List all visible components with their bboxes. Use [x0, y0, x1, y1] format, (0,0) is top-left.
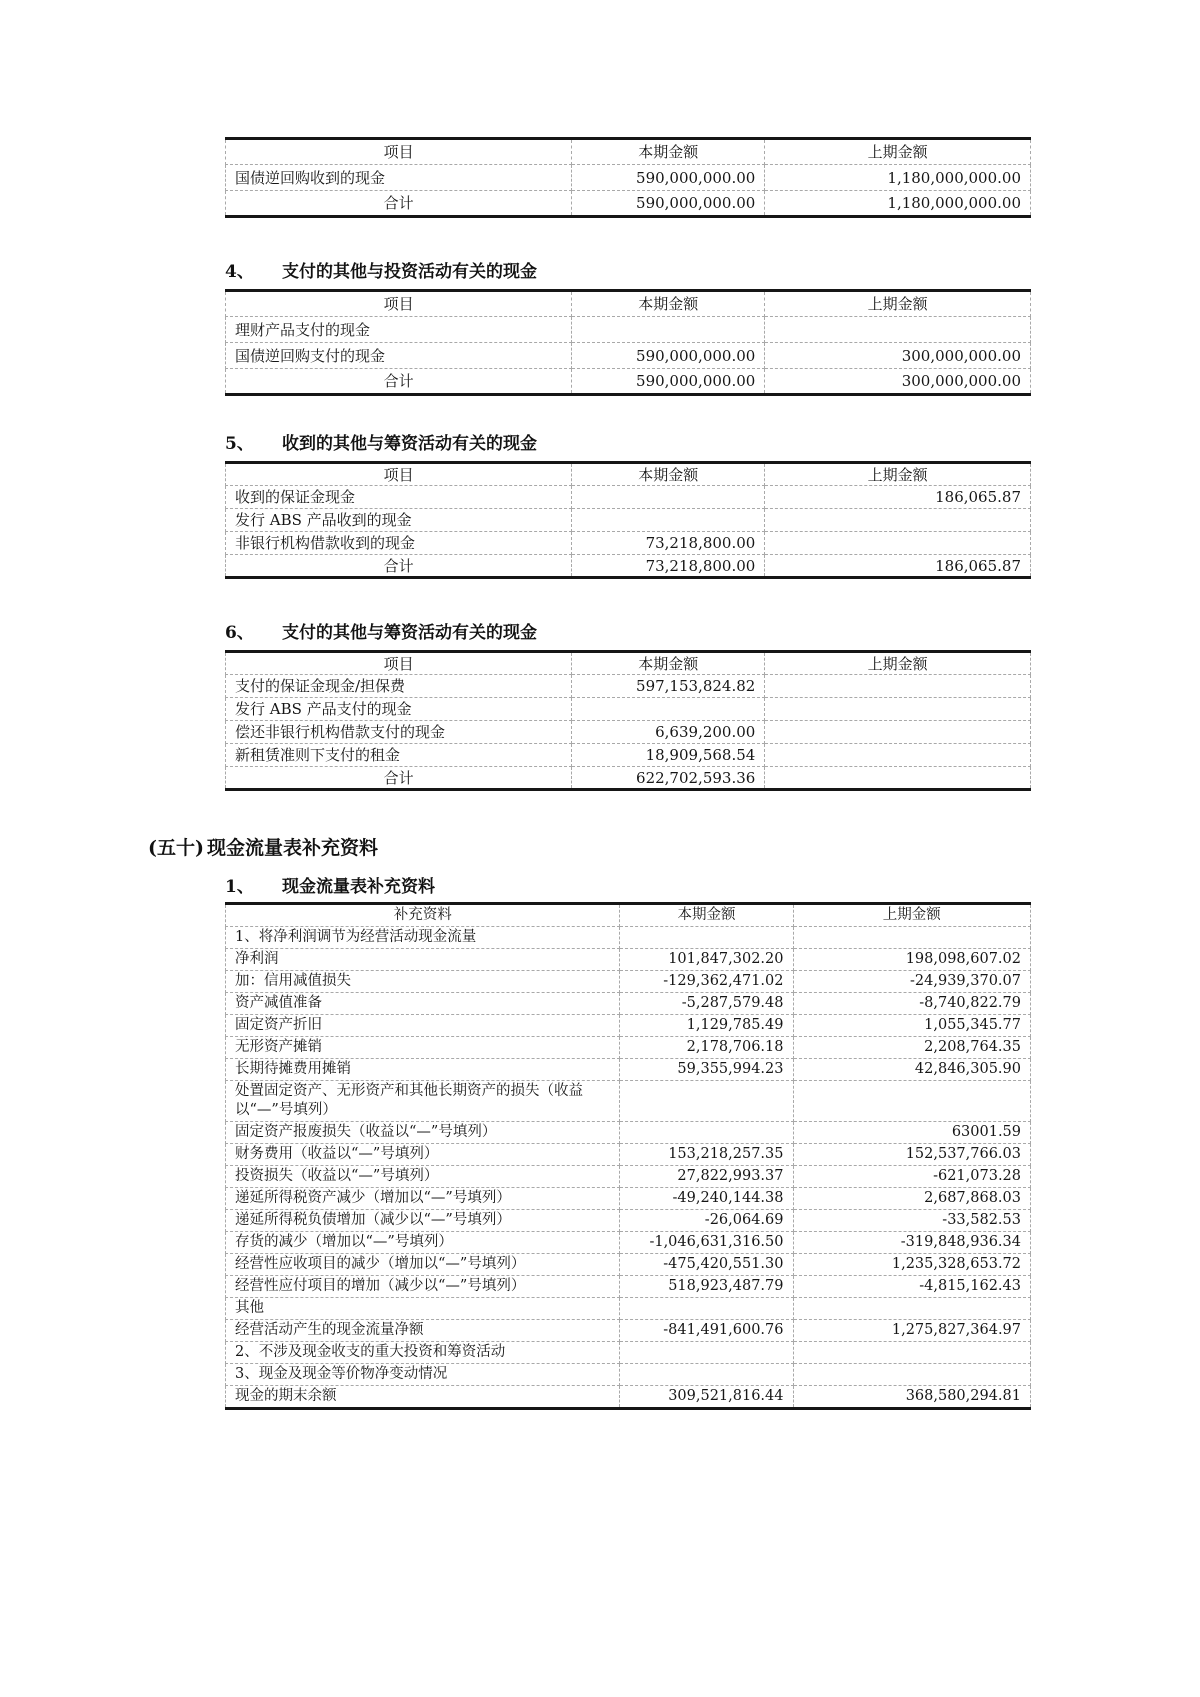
- table-row: 财务费用（收益以“—”号填列）153,218,257.35152,537,766…: [226, 1144, 1031, 1166]
- current-amount-cell: [620, 1298, 793, 1320]
- section-4-title: 支付的其他与投资活动有关的现金: [282, 262, 537, 282]
- prior-amount-cell: -8,740,822.79: [793, 993, 1031, 1015]
- table-row: 资产减值准备-5,287,579.48-8,740,822.79: [226, 993, 1031, 1015]
- data-table: 项目本期金额上期金额支付的保证金现金/担保费597,153,824.82发行 A…: [225, 650, 1031, 791]
- prior-amount-cell: 1,275,827,364.97: [793, 1320, 1031, 1342]
- current-amount-cell: [620, 1081, 793, 1122]
- section-4-heading: 4、支付的其他与投资活动有关的现金: [225, 260, 1031, 284]
- item-label-cell: 合计: [226, 369, 572, 395]
- table-row: 固定资产报废损失（收益以“—”号填列）63001.59: [226, 1122, 1031, 1144]
- item-label-cell: 递延所得税负债增加（减少以“—”号填列）: [226, 1210, 620, 1232]
- table-row: 支付的保证金现金/担保费597,153,824.82: [226, 675, 1031, 698]
- supplement-section-number: (五十): [148, 835, 207, 862]
- current-amount-cell: 101,847,302.20: [620, 949, 793, 971]
- item-label-cell: 递延所得税资产减少（增加以“—”号填列）: [226, 1188, 620, 1210]
- item-label-cell: 长期待摊费用摊销: [226, 1059, 620, 1081]
- prior-amount-cell: 1,180,000,000.00: [765, 165, 1031, 191]
- table-row: 合计590,000,000.001,180,000,000.00: [226, 191, 1031, 217]
- current-amount-cell: -129,362,471.02: [620, 971, 793, 993]
- column-header: 项目: [226, 139, 572, 165]
- prior-amount-cell: [793, 1364, 1031, 1386]
- prior-amount-cell: [793, 1081, 1031, 1122]
- prior-amount-cell: 63001.59: [793, 1122, 1031, 1144]
- prior-amount-cell: -4,815,162.43: [793, 1276, 1031, 1298]
- supplement-sub-title: 现金流量表补充资料: [282, 877, 435, 897]
- table-row: 存货的减少（增加以“—”号填列）-1,046,631,316.50-319,84…: [226, 1232, 1031, 1254]
- item-label-cell: 净利润: [226, 949, 620, 971]
- item-label-cell: 加：信用减值损失: [226, 971, 620, 993]
- table-header-row: 项目本期金额上期金额: [226, 463, 1031, 486]
- table-row: 处置固定资产、无形资产和其他长期资产的损失（收益以“—”号填列）: [226, 1081, 1031, 1122]
- table-row: 合计590,000,000.00300,000,000.00: [226, 369, 1031, 395]
- table-row: 2、不涉及现金收支的重大投资和筹资活动: [226, 1342, 1031, 1364]
- prior-amount-cell: 300,000,000.00: [765, 369, 1031, 395]
- table-row: 投资损失（收益以“—”号填列）27,822,993.37-621,073.28: [226, 1166, 1031, 1188]
- item-label-cell: 处置固定资产、无形资产和其他长期资产的损失（收益以“—”号填列）: [226, 1081, 620, 1122]
- table-row: 递延所得税负债增加（减少以“—”号填列）-26,064.69-33,582.53: [226, 1210, 1031, 1232]
- table-gov-bond-repo-received: 项目本期金额上期金额国债逆回购收到的现金590,000,000.001,180,…: [225, 137, 1031, 218]
- column-header: 本期金额: [572, 463, 765, 486]
- prior-amount-cell: [765, 317, 1031, 343]
- current-amount-cell: 153,218,257.35: [620, 1144, 793, 1166]
- prior-amount-cell: 1,055,345.77: [793, 1015, 1031, 1037]
- item-label-cell: 其他: [226, 1298, 620, 1320]
- table-row: 国债逆回购支付的现金590,000,000.00300,000,000.00: [226, 343, 1031, 369]
- column-header: 本期金额: [620, 904, 793, 927]
- table-row: 递延所得税资产减少（增加以“—”号填列）-49,240,144.382,687,…: [226, 1188, 1031, 1210]
- item-label-cell: 收到的保证金现金: [226, 486, 572, 509]
- prior-amount-cell: 368,580,294.81: [793, 1386, 1031, 1409]
- prior-amount-cell: 42,846,305.90: [793, 1059, 1031, 1081]
- table-other-financing-payments: 项目本期金额上期金额支付的保证金现金/担保费597,153,824.82发行 A…: [225, 650, 1031, 791]
- current-amount-cell: [620, 927, 793, 949]
- current-amount-cell: 1,129,785.49: [620, 1015, 793, 1037]
- table-header-row: 项目本期金额上期金额: [226, 139, 1031, 165]
- current-amount-cell: 309,521,816.44: [620, 1386, 793, 1409]
- prior-amount-cell: 2,208,764.35: [793, 1037, 1031, 1059]
- item-label-cell: 经营活动产生的现金流量净额: [226, 1320, 620, 1342]
- data-table: 项目本期金额上期金额理财产品支付的现金国债逆回购支付的现金590,000,000…: [225, 289, 1031, 396]
- current-amount-cell: [572, 486, 765, 509]
- item-label-cell: 固定资产折旧: [226, 1015, 620, 1037]
- table-header-row: 项目本期金额上期金额: [226, 291, 1031, 317]
- prior-amount-cell: [765, 532, 1031, 555]
- column-header: 补充资料: [226, 904, 620, 927]
- item-label-cell: 财务费用（收益以“—”号填列）: [226, 1144, 620, 1166]
- prior-amount-cell: [765, 675, 1031, 698]
- prior-amount-cell: [765, 698, 1031, 721]
- column-header: 项目: [226, 291, 572, 317]
- section-5-heading: 5、收到的其他与筹资活动有关的现金: [225, 432, 1031, 456]
- current-amount-cell: 590,000,000.00: [572, 165, 765, 191]
- table-row: 收到的保证金现金186,065.87: [226, 486, 1031, 509]
- table-row: 固定资产折旧1,129,785.491,055,345.77: [226, 1015, 1031, 1037]
- current-amount-cell: 597,153,824.82: [572, 675, 765, 698]
- prior-amount-cell: [793, 1298, 1031, 1320]
- item-label-cell: 无形资产摊销: [226, 1037, 620, 1059]
- table-cash-flow-supplement: 补充资料本期金额上期金额1、将净利润调节为经营活动现金流量净利润101,847,…: [225, 902, 1031, 1410]
- data-table: 项目本期金额上期金额收到的保证金现金186,065.87发行 ABS 产品收到的…: [225, 461, 1031, 579]
- section-6-heading: 6、支付的其他与筹资活动有关的现金: [225, 621, 1031, 645]
- section-4-number: 4、: [225, 260, 282, 284]
- prior-amount-cell: -33,582.53: [793, 1210, 1031, 1232]
- prior-amount-cell: [765, 509, 1031, 532]
- current-amount-cell: -1,046,631,316.50: [620, 1232, 793, 1254]
- item-label-cell: 资产减值准备: [226, 993, 620, 1015]
- current-amount-cell: -5,287,579.48: [620, 993, 793, 1015]
- item-label-cell: 现金的期末余额: [226, 1386, 620, 1409]
- item-label-cell: 发行 ABS 产品收到的现金: [226, 509, 572, 532]
- table-row: 非银行机构借款收到的现金73,218,800.00: [226, 532, 1031, 555]
- table-row: 经营性应付项目的增加（减少以“—”号填列）518,923,487.79-4,81…: [226, 1276, 1031, 1298]
- prior-amount-cell: 2,687,868.03: [793, 1188, 1031, 1210]
- table-row: 1、将净利润调节为经营活动现金流量: [226, 927, 1031, 949]
- item-label-cell: 新租赁准则下支付的租金: [226, 744, 572, 767]
- document-page: 项目本期金额上期金额国债逆回购收到的现金590,000,000.001,180,…: [0, 0, 1200, 1697]
- table-row: 合计622,702,593.36: [226, 767, 1031, 790]
- table-row: 其他: [226, 1298, 1031, 1320]
- item-label-cell: 1、将净利润调节为经营活动现金流量: [226, 927, 620, 949]
- current-amount-cell: -475,420,551.30: [620, 1254, 793, 1276]
- table-row: 经营活动产生的现金流量净额-841,491,600.761,275,827,36…: [226, 1320, 1031, 1342]
- table-row: 发行 ABS 产品收到的现金: [226, 509, 1031, 532]
- current-amount-cell: 518,923,487.79: [620, 1276, 793, 1298]
- supplement-section-title: 现金流量表补充资料: [207, 837, 378, 859]
- prior-amount-cell: [793, 927, 1031, 949]
- supplement-section-heading: (五十)现金流量表补充资料: [148, 835, 1031, 862]
- section-5-number: 5、: [225, 432, 282, 456]
- table-row: 无形资产摊销2,178,706.182,208,764.35: [226, 1037, 1031, 1059]
- table-row: 理财产品支付的现金: [226, 317, 1031, 343]
- item-label-cell: 国债逆回购支付的现金: [226, 343, 572, 369]
- current-amount-cell: 622,702,593.36: [572, 767, 765, 790]
- column-header: 本期金额: [572, 291, 765, 317]
- prior-amount-cell: -621,073.28: [793, 1166, 1031, 1188]
- current-amount-cell: [572, 509, 765, 532]
- prior-amount-cell: 186,065.87: [765, 486, 1031, 509]
- table-row: 偿还非银行机构借款支付的现金6,639,200.00: [226, 721, 1031, 744]
- current-amount-cell: 590,000,000.00: [572, 343, 765, 369]
- current-amount-cell: 73,218,800.00: [572, 532, 765, 555]
- current-amount-cell: -49,240,144.38: [620, 1188, 793, 1210]
- data-table: 项目本期金额上期金额国债逆回购收到的现金590,000,000.001,180,…: [225, 137, 1031, 218]
- item-label-cell: 偿还非银行机构借款支付的现金: [226, 721, 572, 744]
- table-row: 长期待摊费用摊销59,355,994.2342,846,305.90: [226, 1059, 1031, 1081]
- table-other-investing-payments: 项目本期金额上期金额理财产品支付的现金国债逆回购支付的现金590,000,000…: [225, 289, 1031, 396]
- table-row: 经营性应收项目的减少（增加以“—”号填列）-475,420,551.301,23…: [226, 1254, 1031, 1276]
- current-amount-cell: -26,064.69: [620, 1210, 793, 1232]
- item-label-cell: 合计: [226, 767, 572, 790]
- prior-amount-cell: -24,939,370.07: [793, 971, 1031, 993]
- current-amount-cell: [620, 1342, 793, 1364]
- table-row: 国债逆回购收到的现金590,000,000.001,180,000,000.00: [226, 165, 1031, 191]
- item-label-cell: 发行 ABS 产品支付的现金: [226, 698, 572, 721]
- item-label-cell: 固定资产报废损失（收益以“—”号填列）: [226, 1122, 620, 1144]
- table-row: 3、现金及现金等价物净变动情况: [226, 1364, 1031, 1386]
- table-row: 现金的期末余额309,521,816.44368,580,294.81: [226, 1386, 1031, 1409]
- current-amount-cell: [572, 317, 765, 343]
- item-label-cell: 理财产品支付的现金: [226, 317, 572, 343]
- prior-amount-cell: 300,000,000.00: [765, 343, 1031, 369]
- prior-amount-cell: 1,235,328,653.72: [793, 1254, 1031, 1276]
- item-label-cell: 2、不涉及现金收支的重大投资和筹资活动: [226, 1342, 620, 1364]
- item-label-cell: 支付的保证金现金/担保费: [226, 675, 572, 698]
- current-amount-cell: [620, 1122, 793, 1144]
- column-header: 本期金额: [572, 652, 765, 675]
- table-row: 新租赁准则下支付的租金18,909,568.54: [226, 744, 1031, 767]
- item-label-cell: 经营性应付项目的增加（减少以“—”号填列）: [226, 1276, 620, 1298]
- prior-amount-cell: [765, 744, 1031, 767]
- table-row: 净利润101,847,302.20198,098,607.02: [226, 949, 1031, 971]
- current-amount-cell: 27,822,993.37: [620, 1166, 793, 1188]
- column-header: 上期金额: [765, 463, 1031, 486]
- column-header: 项目: [226, 652, 572, 675]
- table-header-row: 项目本期金额上期金额: [226, 652, 1031, 675]
- current-amount-cell: 2,178,706.18: [620, 1037, 793, 1059]
- prior-amount-cell: [765, 767, 1031, 790]
- item-label-cell: 3、现金及现金等价物净变动情况: [226, 1364, 620, 1386]
- data-table: 补充资料本期金额上期金额1、将净利润调节为经营活动现金流量净利润101,847,…: [225, 902, 1031, 1410]
- current-amount-cell: 59,355,994.23: [620, 1059, 793, 1081]
- item-label-cell: 合计: [226, 555, 572, 578]
- item-label-cell: 投资损失（收益以“—”号填列）: [226, 1166, 620, 1188]
- table-header-row: 补充资料本期金额上期金额: [226, 904, 1031, 927]
- table-row: 加：信用减值损失-129,362,471.02-24,939,370.07: [226, 971, 1031, 993]
- item-label-cell: 存货的减少（增加以“—”号填列）: [226, 1232, 620, 1254]
- document-content: 项目本期金额上期金额国债逆回购收到的现金590,000,000.001,180,…: [225, 0, 1031, 1410]
- item-label-cell: 合计: [226, 191, 572, 217]
- section-6-title: 支付的其他与筹资活动有关的现金: [282, 623, 537, 643]
- column-header: 上期金额: [765, 652, 1031, 675]
- prior-amount-cell: [793, 1342, 1031, 1364]
- table-row: 发行 ABS 产品支付的现金: [226, 698, 1031, 721]
- current-amount-cell: [620, 1364, 793, 1386]
- prior-amount-cell: 198,098,607.02: [793, 949, 1031, 971]
- section-5-title: 收到的其他与筹资活动有关的现金: [282, 434, 537, 454]
- section-6-number: 6、: [225, 621, 282, 645]
- column-header: 项目: [226, 463, 572, 486]
- supplement-sub-heading: 1、现金流量表补充资料: [225, 875, 1031, 899]
- current-amount-cell: 73,218,800.00: [572, 555, 765, 578]
- column-header: 上期金额: [765, 139, 1031, 165]
- prior-amount-cell: 152,537,766.03: [793, 1144, 1031, 1166]
- item-label-cell: 国债逆回购收到的现金: [226, 165, 572, 191]
- item-label-cell: 经营性应收项目的减少（增加以“—”号填列）: [226, 1254, 620, 1276]
- current-amount-cell: 590,000,000.00: [572, 369, 765, 395]
- current-amount-cell: 590,000,000.00: [572, 191, 765, 217]
- table-row: 合计73,218,800.00186,065.87: [226, 555, 1031, 578]
- current-amount-cell: 6,639,200.00: [572, 721, 765, 744]
- item-label-cell: 非银行机构借款收到的现金: [226, 532, 572, 555]
- table-other-financing-receipts: 项目本期金额上期金额收到的保证金现金186,065.87发行 ABS 产品收到的…: [225, 461, 1031, 579]
- prior-amount-cell: 186,065.87: [765, 555, 1031, 578]
- column-header: 上期金额: [765, 291, 1031, 317]
- prior-amount-cell: 1,180,000,000.00: [765, 191, 1031, 217]
- prior-amount-cell: [765, 721, 1031, 744]
- current-amount-cell: [572, 698, 765, 721]
- current-amount-cell: 18,909,568.54: [572, 744, 765, 767]
- prior-amount-cell: -319,848,936.34: [793, 1232, 1031, 1254]
- supplement-sub-number: 1、: [225, 875, 282, 899]
- column-header: 上期金额: [793, 904, 1031, 927]
- current-amount-cell: -841,491,600.76: [620, 1320, 793, 1342]
- column-header: 本期金额: [572, 139, 765, 165]
